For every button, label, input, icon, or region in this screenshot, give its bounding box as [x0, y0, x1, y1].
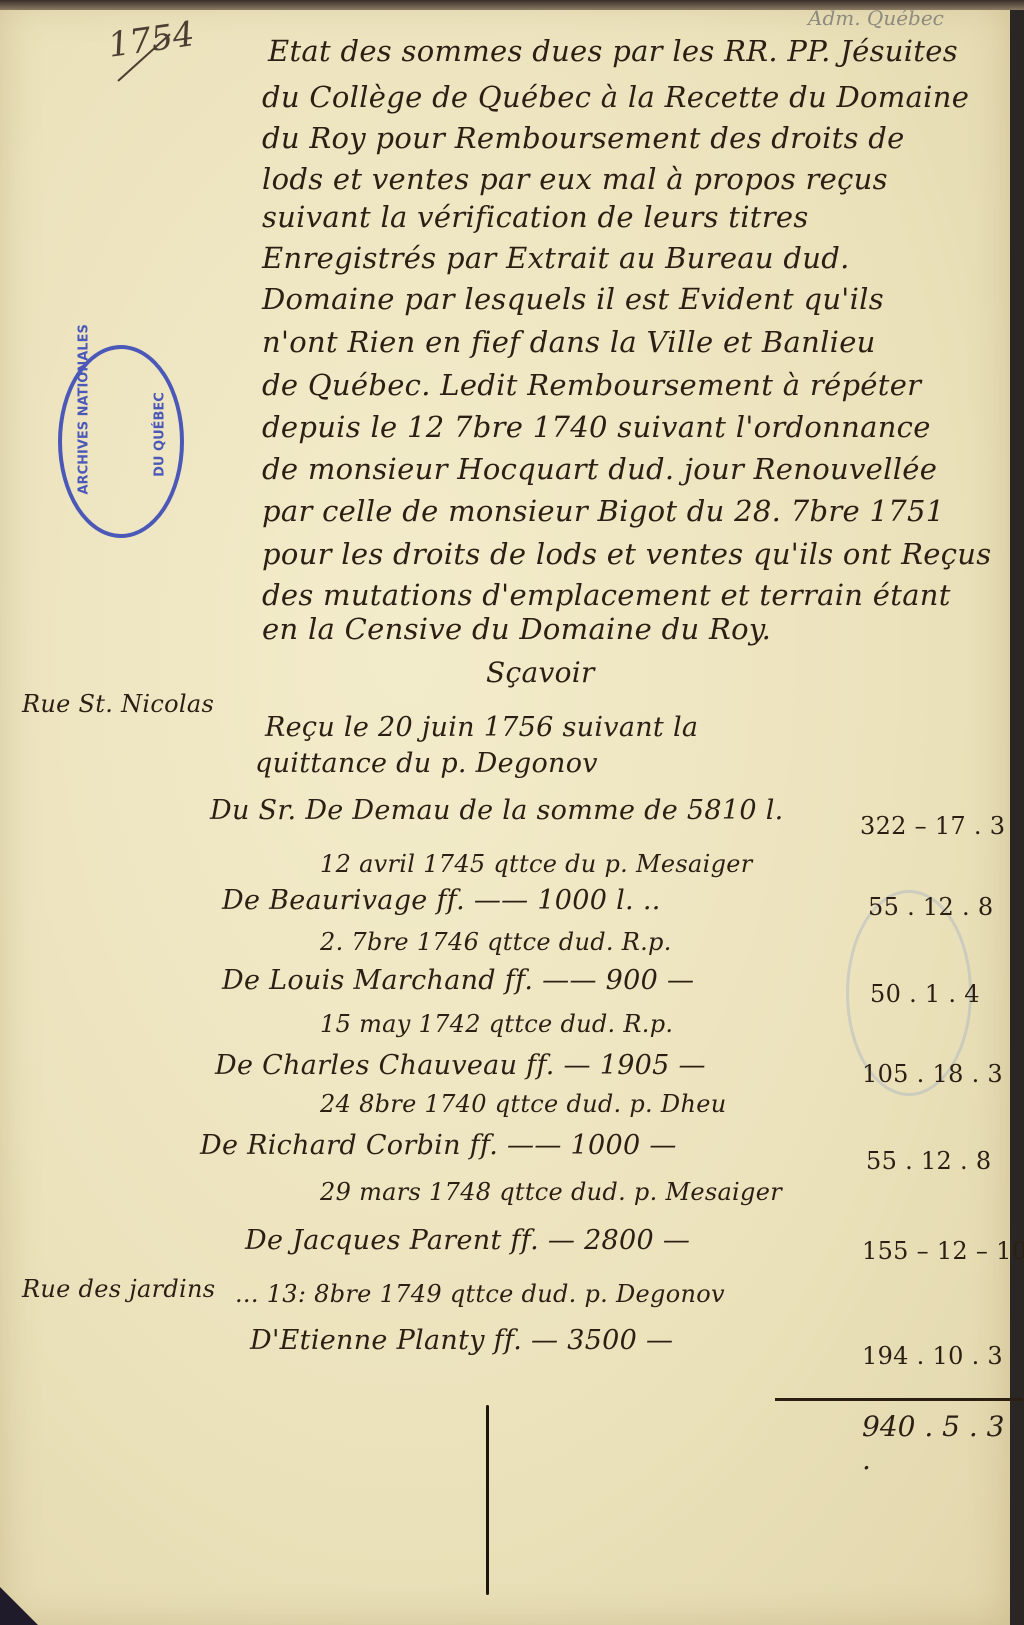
entry-receipt: 12 avril 1745 qttce du p. Mesaiger [320, 850, 753, 878]
heading-line: depuis le 12 7bre 1740 suivant l'ordonna… [262, 410, 931, 444]
heading-line: n'ont Rien en fief dans la Ville et Banl… [262, 325, 876, 359]
page-corner-shadow [0, 1587, 38, 1625]
heading-line: Domaine par lesquels il est Evident qu'i… [262, 282, 884, 316]
entry-payer: De Charles Chauveau ff. — 1905 — [215, 1050, 706, 1081]
entry-amount: 155 – 12 – 10 [862, 1237, 1024, 1265]
heading-line: de Québec. Ledit Remboursement à répéter [262, 368, 921, 402]
entry-amount: 322 – 17 . 3 [860, 812, 1005, 840]
total-rule [775, 1398, 1023, 1401]
intro-line: quittance du p. Degonov [255, 748, 598, 779]
entry-payer: D'Etienne Planty ff. — 3500 — [250, 1325, 673, 1356]
entry-amount: 55 . 12 . 8 [868, 893, 993, 921]
stamp-text-line1: ARCHIVES NATIONALES [77, 375, 92, 495]
heading-line: par celle de monsieur Bigot du 28. 7bre … [262, 494, 944, 528]
heading-line: Enregistrés par Extrait au Bureau dud. [262, 241, 850, 275]
entry-receipt: 15 may 1742 qttce dud. R.p. [320, 1010, 673, 1038]
closing-flourish-line [486, 1405, 489, 1595]
entry-amount: 55 . 12 . 8 [866, 1147, 991, 1175]
entry-amount: 194 . 10 . 3 [862, 1342, 1003, 1370]
heading-line: des mutations d'emplacement et terrain é… [262, 578, 951, 612]
heading-line: suivant la vérification de leurs titres [262, 200, 809, 234]
entry-amount: 50 . 1 . 4 [870, 980, 980, 1008]
heading-line: Etat des sommes dues par les RR. PP. Jés… [268, 34, 958, 68]
heading-line: en la Censive du Domaine du Roy. [262, 612, 771, 646]
heading-line: du Collège de Québec à la Recette du Dom… [262, 80, 969, 114]
entry-payer: De Jacques Parent ff. — 2800 — [245, 1225, 690, 1256]
stamp-text-line2: DU QUÉBEC [153, 385, 168, 485]
archives-stamp: ARCHIVES NATIONALES DU QUÉBEC [58, 345, 184, 538]
grand-total: 940 . 5 . 3 . [862, 1410, 1010, 1476]
margin-label-rue-des-jardins: Rue des jardins [22, 1275, 215, 1303]
year-margin-note: 1754 [106, 14, 197, 66]
margin-label-rue-st-nicolas: Rue St. Nicolas [22, 690, 214, 718]
intro-line: Reçu le 20 juin 1756 suivant la [265, 712, 698, 743]
entry-payer: Du Sr. De Demau de la somme de 5810 l. [210, 795, 784, 826]
heading-line: pour les droits de lods et ventes qu'ils… [262, 537, 991, 571]
entry-receipt: 2. 7bre 1746 qttce dud. R.p. [320, 928, 672, 956]
entry-payer: De Beaurivage ff. —— 1000 l. .. [222, 885, 661, 916]
heading-line: du Roy pour Remboursement des droits de [262, 121, 905, 155]
manuscript-page: Adm. Québec 1754 ARCHIVES NATIONALES DU … [0, 0, 1010, 1625]
entry-amount: 105 . 18 . 3 [862, 1060, 1003, 1088]
entry-receipt: 24 8bre 1740 qttce dud. p. Dheu [320, 1090, 726, 1118]
pencil-archive-note: Adm. Québec [808, 6, 944, 30]
heading-line: de monsieur Hocquart dud. jour Renouvell… [262, 452, 937, 486]
scavoir-heading: Sçavoir [486, 656, 595, 689]
entry-receipt: ... 13: 8bre 1749 qttce dud. p. Degonov [235, 1280, 725, 1308]
entry-receipt: 29 mars 1748 qttce dud. p. Mesaiger [320, 1178, 782, 1206]
heading-line: lods et ventes par eux mal à propos reçu… [262, 162, 888, 196]
entry-payer: De Louis Marchand ff. —— 900 — [222, 965, 694, 996]
entry-payer: De Richard Corbin ff. —— 1000 — [200, 1130, 677, 1161]
